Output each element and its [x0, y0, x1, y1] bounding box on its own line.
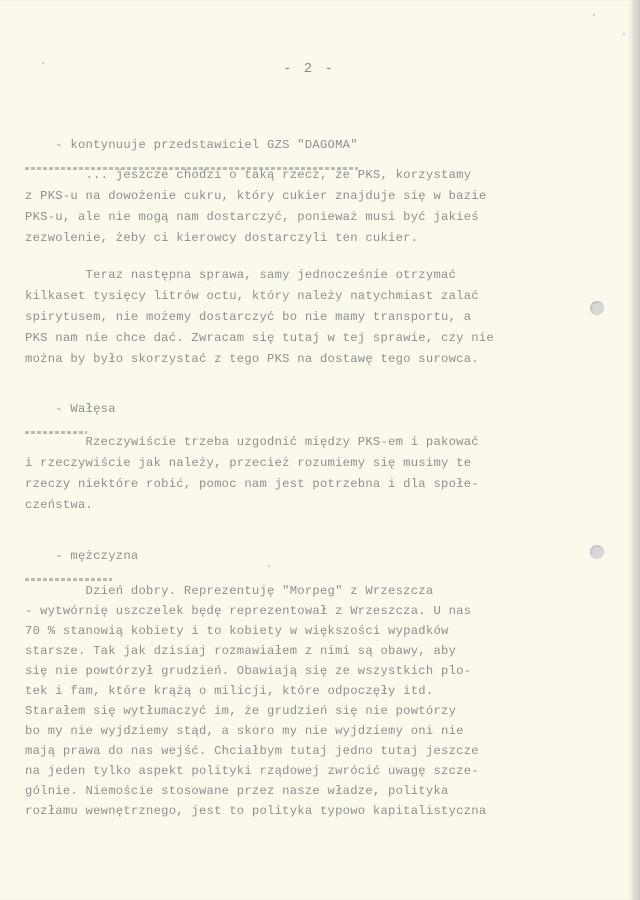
punch-hole-icon	[590, 301, 604, 315]
text-line: ... jeszcze chodzi o taką rzecz, że PKS,…	[25, 168, 471, 182]
text-line: PKS-u, ale nie mogą nam dostarczyć, poni…	[25, 210, 479, 224]
text-line: czeństwa.	[25, 498, 93, 512]
text-line: tek i fam, które krążą o milicji, które …	[25, 684, 433, 698]
paragraph-block: Dzień dobry. Reprezentuję "Morpeg" z Wrz…	[25, 584, 55, 780]
paragraph-block: ... jeszcze chodzi o taką rzecz, że PKS,…	[25, 168, 55, 322]
speaker-underline	[25, 431, 87, 434]
text-line: Teraz następna sprawa, samy jednocześnie…	[25, 268, 456, 282]
text-line: kilkaset tysięcy litrów octu, który nale…	[25, 289, 479, 303]
text-line: starsze. Tak jak dzisiaj rozmawiałem z n…	[25, 644, 456, 658]
text-line: - wytwórnię uszczelek będę reprezentował…	[25, 604, 471, 618]
speaker-label: - mężczyzna	[55, 549, 138, 563]
text-line: bo my nie wyjdziemy stąd, a skoro my nie…	[25, 724, 464, 738]
text-line: rozłamu wewnętrznego, jest to polityka t…	[25, 804, 486, 818]
text-line: Rzeczywiście trzeba uzgodnić między PKS-…	[25, 435, 479, 449]
paper-speck	[42, 62, 44, 64]
paper-speck	[268, 565, 270, 567]
text-line: 70 % stanowią kobiety i to kobiety w wię…	[25, 624, 449, 638]
paper-speck	[623, 33, 625, 35]
speaker-label: - kontynuuje przedstawiciel GZS "DAGOMA"	[55, 138, 358, 152]
speaker-label: - Wałęsa	[55, 402, 116, 416]
text-line: zezwolenie, żeby ci kierowcy dostarczyli…	[25, 231, 418, 245]
text-line: na jeden tylko aspekt polityki rządowej …	[25, 764, 479, 778]
text-line: i rzeczywiście jak należy, przecież rozu…	[25, 456, 471, 470]
paragraph-block: Rzeczywiście trzeba uzgodnić między PKS-…	[25, 435, 55, 519]
text-line: z PKS-u na dowożenie cukru, który cukier…	[25, 189, 486, 203]
text-line: mają prawa do nas wejść. Chciałbym tutaj…	[25, 744, 479, 758]
text-line: Starałem się wytłumaczyć im, że grudzień…	[25, 704, 456, 718]
text-line: się nie powtórzył grudzień. Obawiają się…	[25, 664, 471, 678]
text-line: spirytusem, nie możemy dostarczyć bo nie…	[25, 310, 471, 324]
text-line: PKS nam nie chce dać. Zwracam się tutaj …	[25, 331, 494, 345]
paper-speck	[593, 14, 595, 16]
text-line: rzeczy niektóre robić, pomoc nam jest po…	[25, 477, 479, 491]
page-edge	[632, 0, 640, 900]
speaker-underline	[25, 578, 112, 581]
page-number: - 2 -	[283, 61, 335, 77]
text-line: można by było skorzystać z tego PKS na d…	[25, 352, 479, 366]
document-page: - 2 - - kontynuuje przedstawiciel GZS "D…	[0, 0, 632, 900]
text-line: Dzień dobry. Reprezentuję "Morpeg" z Wrz…	[25, 584, 433, 598]
punch-hole-icon	[590, 545, 604, 559]
text-line: gólnie. Niemoście stosowane przez nasze …	[25, 784, 449, 798]
speaker-heading: - kontynuuje przedstawiciel GZS "DAGOMA"	[25, 124, 358, 198]
